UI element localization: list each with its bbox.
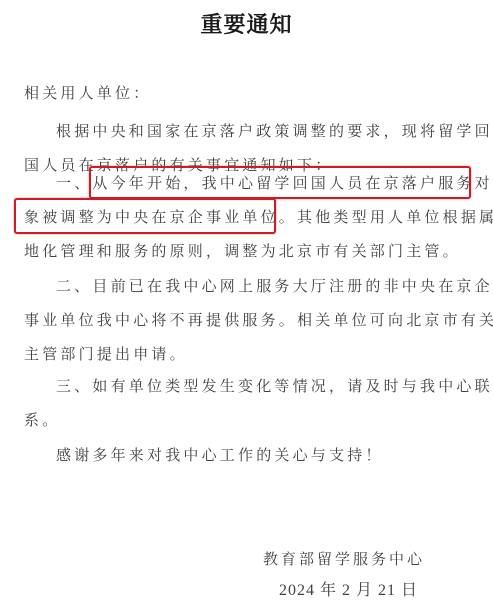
item1-rest-text-1: 其他类型用人单位根据属: [297, 208, 493, 226]
item3-line-2: 系。: [24, 410, 60, 430]
document-title: 重要通知: [0, 8, 493, 39]
item1-prefix: 一、: [56, 174, 92, 192]
intro-line-1: 根据中央和国家在京落户政策调整的要求，现将留学回: [56, 121, 493, 141]
item1-line-3: 地化管理和服务的原则，调整为北京市有关部门主管。: [24, 241, 461, 261]
item1-line-2: 象被调整为中央在京企事业单位。其他类型用人单位根据属: [24, 207, 493, 227]
item2-line-2: 事业单位我中心将不再提供服务。相关单位可向北京市有关: [24, 310, 493, 330]
item2-line-1: 二、目前已在我中心网上服务大厅注册的非中央在京企: [56, 276, 493, 296]
item1-highlight-text-1: 从今年开始，我中心留学回国人员在京落户服务对: [92, 174, 492, 192]
item3-line-1: 三、如有单位类型发生变化等情况，请及时与我中心联: [56, 376, 493, 396]
thanks-line: 感谢多年来对我中心工作的关心与支持！: [56, 445, 384, 465]
item1-highlight-text-2: 象被调整为中央在京企事业单位。: [24, 208, 297, 226]
item2-line-3: 主管部门提出申请。: [24, 344, 188, 364]
intro-line-2: 国人员在京落户的有关事宜通知如下：: [24, 155, 333, 175]
signature-date: 2024 年 2 月 21 日: [279, 577, 418, 600]
salutation: 相关用人单位：: [24, 83, 151, 103]
item1-line-1: 一、从今年开始，我中心留学回国人员在京落户服务对: [56, 173, 493, 193]
signature-organization: 教育部留学服务中心: [263, 548, 425, 569]
